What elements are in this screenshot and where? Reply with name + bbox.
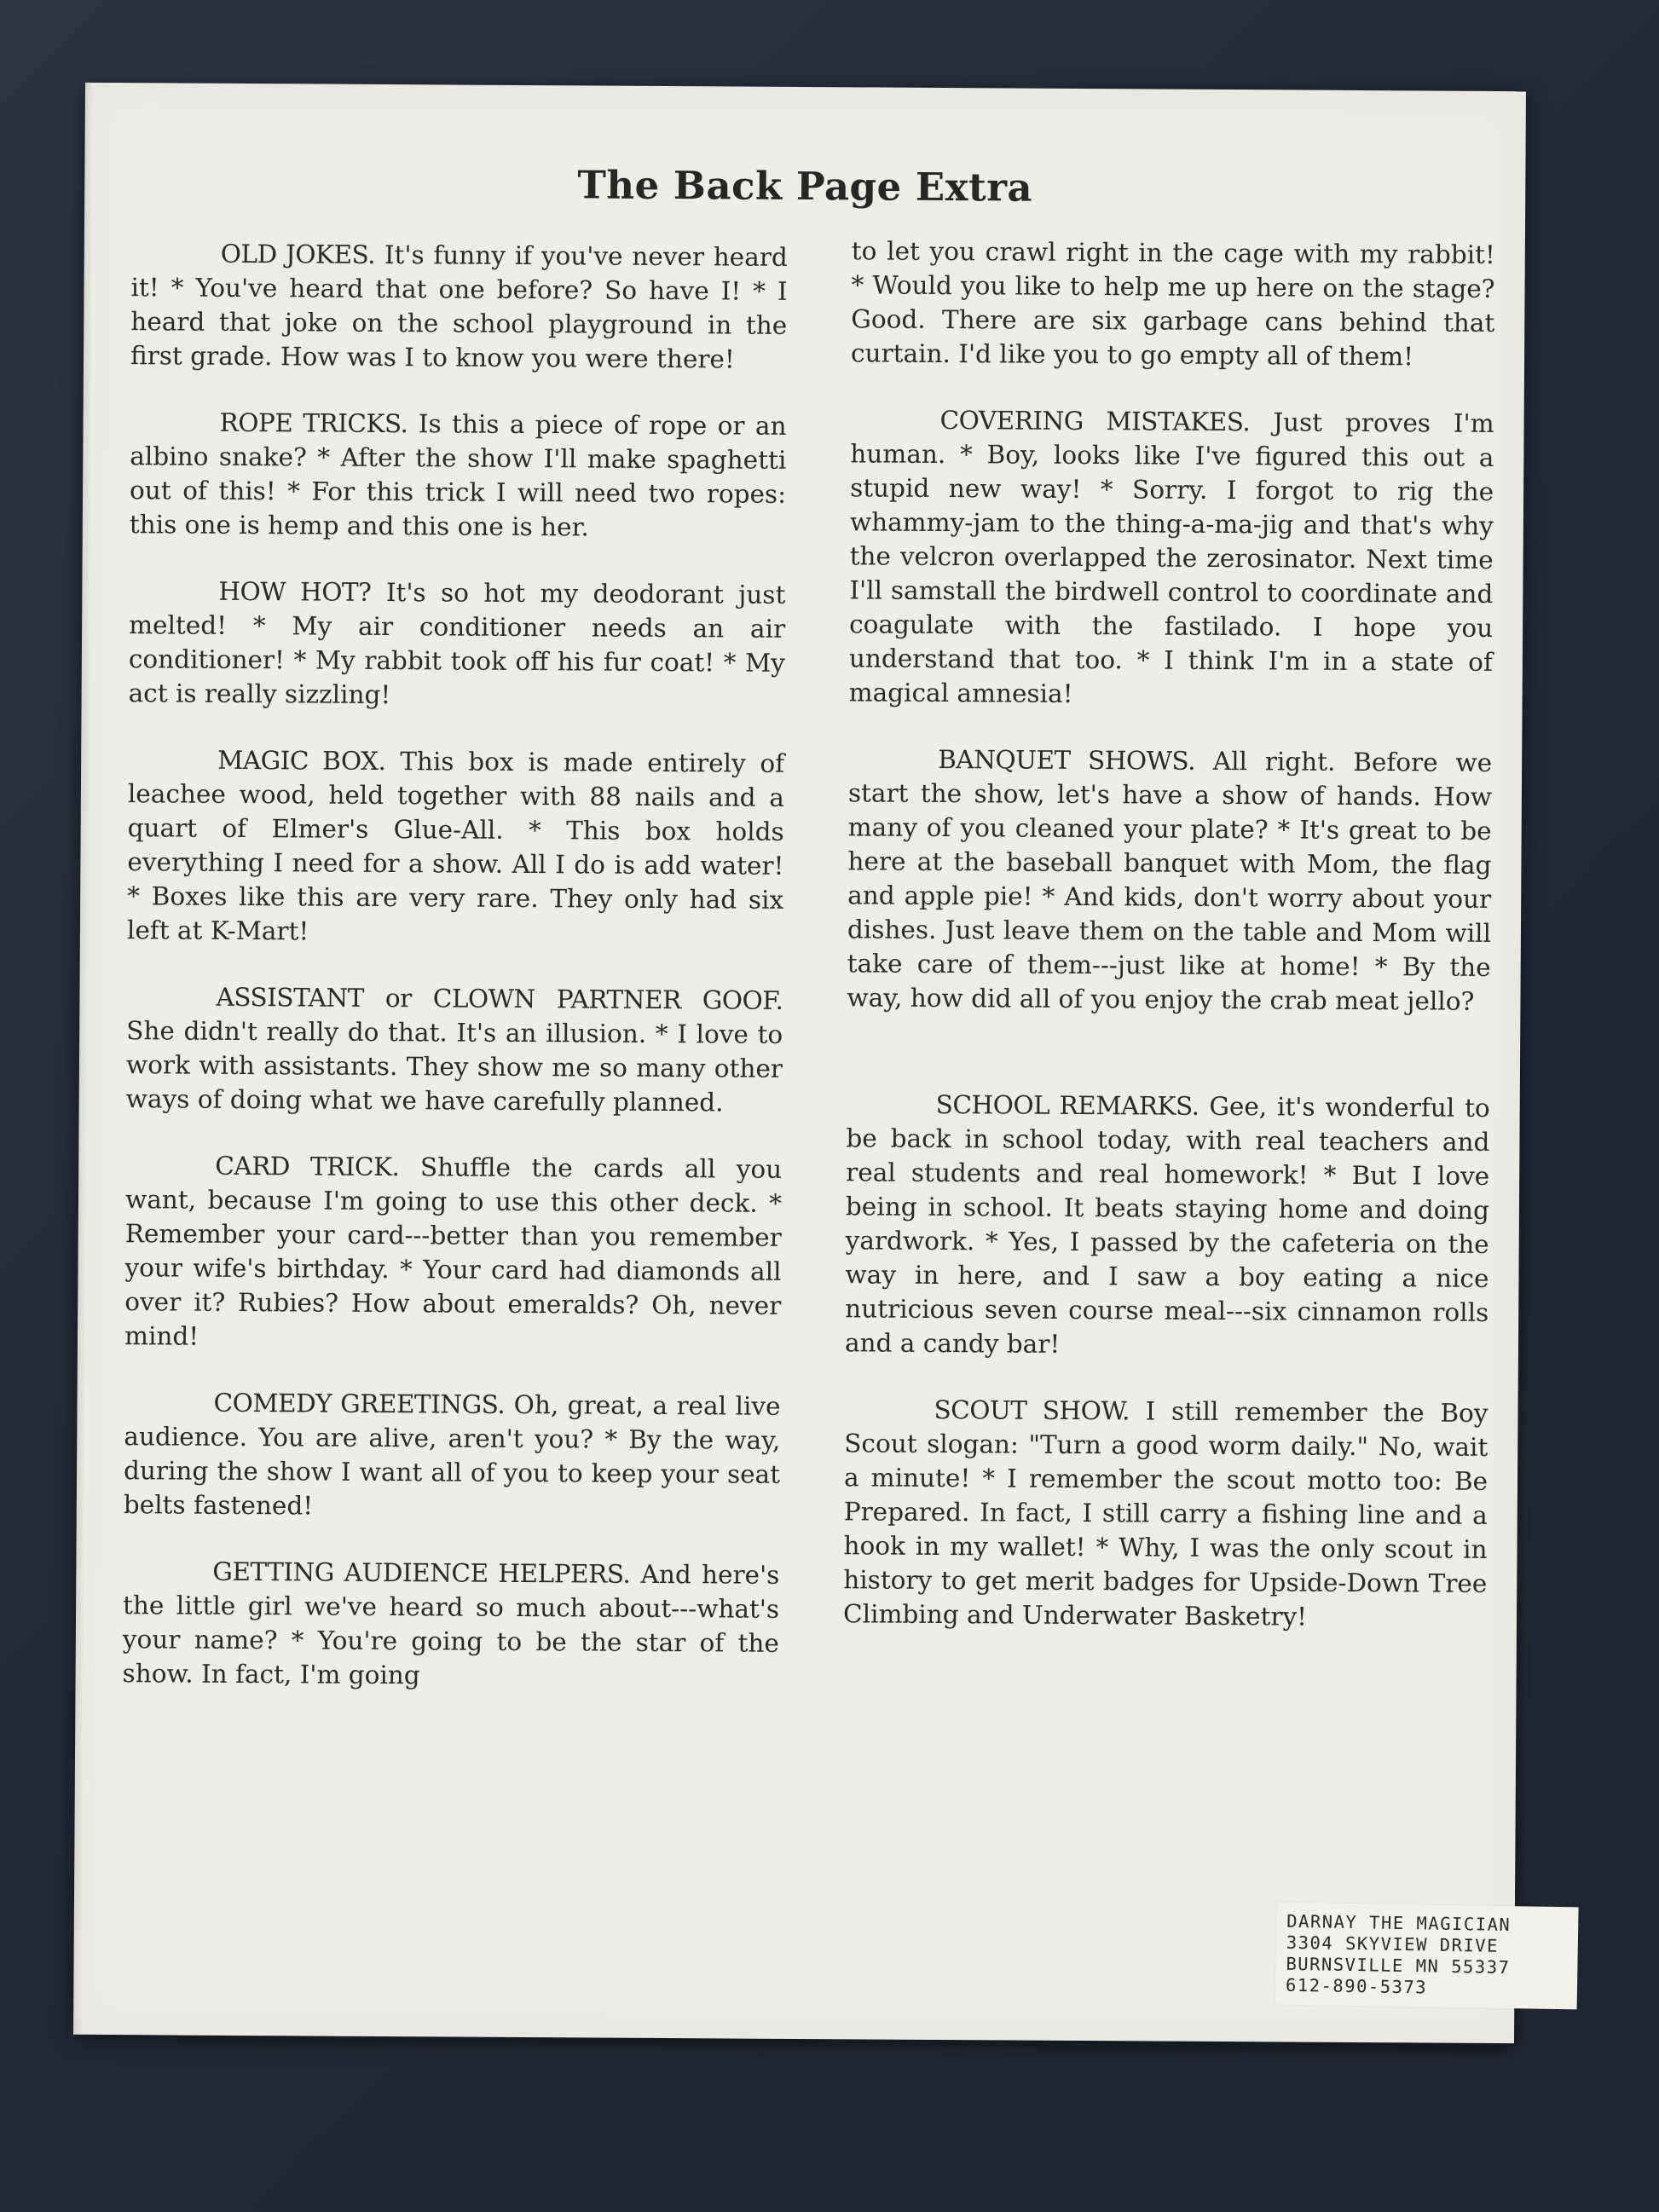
address-stamp: DARNAY THE MAGICIAN 3304 SKYVIEW DRIVE B… [1275,1903,1579,2010]
section-heading: SCOUT SHOW. [934,1395,1130,1425]
section-heading: COMEDY GREETINGS. [213,1389,505,1419]
section-heading: COVERING MISTAKES. [940,406,1251,436]
left-column: OLD JOKES. It's funny if you've never he… [122,236,788,1727]
page-title: The Back Page Extra [84,159,1525,213]
joke-section-audience-helpers-continued: to let you crawl right in the cage with … [851,234,1495,374]
section-text: Shuffle the cards all you want, because … [124,1152,782,1351]
section-text: Gee, it's wonderful to be back in school… [845,1092,1490,1359]
joke-section-banquet-shows: BANQUET SHOWS. All right. Before we star… [847,742,1492,1019]
right-column: to let you crawl right in the cage with … [843,234,1495,1667]
section-text: to let you crawl right in the cage with … [851,236,1495,371]
section-heading: CARD TRICK. [215,1152,399,1181]
section-text: I still remember the Boy Scout slogan: "… [843,1396,1488,1631]
section-text: All right. Before we start the show, let… [847,747,1492,1016]
joke-section-how-hot: HOW HOT? It's so hot my deodorant just m… [129,574,786,714]
joke-section-old-jokes: OLD JOKES. It's funny if you've never he… [130,236,788,377]
joke-section-rope-tricks: ROPE TRICKS. Is this a piece of rope or … [130,405,787,546]
joke-section-card-trick: CARD TRICK. Shuffle the cards all you wa… [124,1148,782,1357]
section-heading: ASSISTANT or CLOWN PARTNER GOOF. [216,983,783,1015]
stamp-phone: 612-890-5373 [1286,1975,1567,2001]
section-text: This box is made entirely of leachee woo… [127,747,784,945]
section-text: She didn't really do that. It's an illus… [126,1016,783,1117]
joke-section-school-remarks: SCHOOL REMARKS. Gee, it's wonderful to b… [845,1087,1490,1364]
section-text: Just proves I'm human. * Boy, looks like… [849,407,1494,708]
joke-section-comedy-greetings: COMEDY GREETINGS. Oh, great, a real live… [124,1385,781,1526]
joke-section-scout-show: SCOUT SHOW. I still remember the Boy Sco… [843,1392,1488,1635]
joke-section-covering-mistakes: COVERING MISTAKES. Just proves I'm human… [849,402,1494,713]
section-heading: SCHOOL REMARKS. [936,1090,1199,1121]
section-heading: ROPE TRICKS. [219,408,408,438]
joke-section-magic-box: MAGIC BOX. This box is made entirely of … [127,742,784,951]
section-heading: BANQUET SHOWS. [938,745,1195,776]
section-heading: HOW HOT? [218,577,371,607]
section-heading: MAGIC BOX. [217,746,386,776]
joke-section-audience-helpers: GETTING AUDIENCE HELPERS. And here's the… [122,1554,779,1695]
printed-page: The Back Page Extra OLD JOKES. It's funn… [73,83,1526,2043]
joke-section-assistant-goof: ASSISTANT or CLOWN PARTNER GOOF. She did… [126,979,783,1120]
section-heading: GETTING AUDIENCE HELPERS. [212,1557,630,1589]
section-heading: OLD JOKES. [221,240,376,269]
